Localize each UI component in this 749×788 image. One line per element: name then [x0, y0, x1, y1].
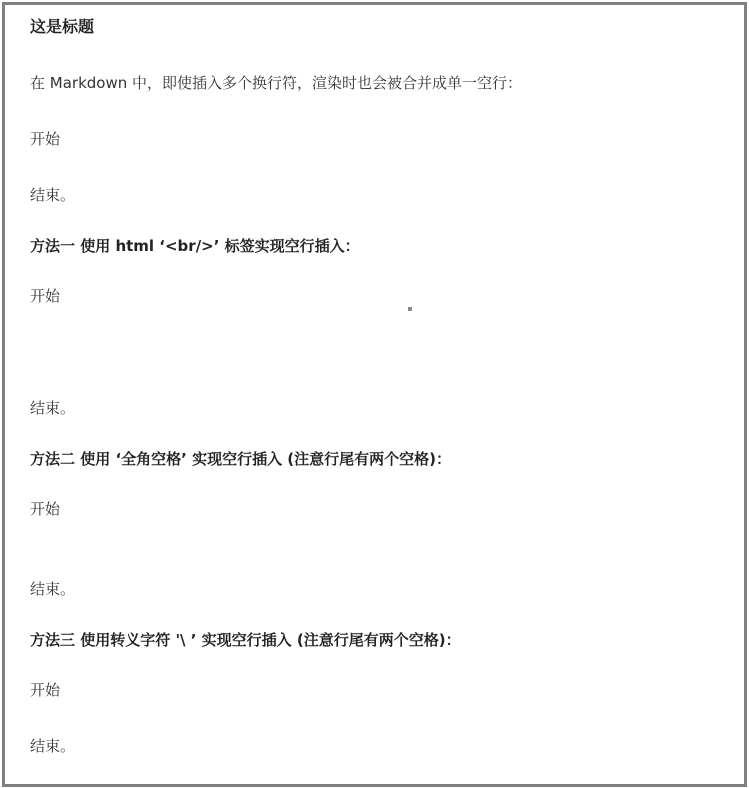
method3-start-text: 开始 [30, 680, 60, 700]
method1-end-text: 结束。 [30, 398, 75, 418]
cursor-marker [408, 307, 412, 311]
method1-heading: 方法一 使用 html ‘<br/>’ 标签实现空行插入： [30, 236, 360, 256]
default-start-text: 开始 [30, 129, 60, 149]
method2-heading: 方法二 使用 ‘全角空格’ 实现空行插入 (注意行尾有两个空格)： [30, 449, 451, 469]
method1-start-text: 开始 [30, 286, 60, 306]
method3-heading: 方法三 使用转义字符 '\ ’ 实现空行插入 (注意行尾有两个空格)： [30, 630, 461, 650]
intro-paragraph: 在 Markdown 中，即使插入多个换行符，渲染时也会被合并成单一空行： [30, 73, 522, 93]
default-end-text: 结束。 [30, 185, 75, 205]
page-title: 这是标题 [30, 17, 94, 37]
method2-end-text: 结束。 [30, 579, 75, 599]
method3-end-text: 结束。 [30, 736, 75, 756]
document-frame [2, 2, 747, 787]
method2-start-text: 开始 [30, 499, 60, 519]
